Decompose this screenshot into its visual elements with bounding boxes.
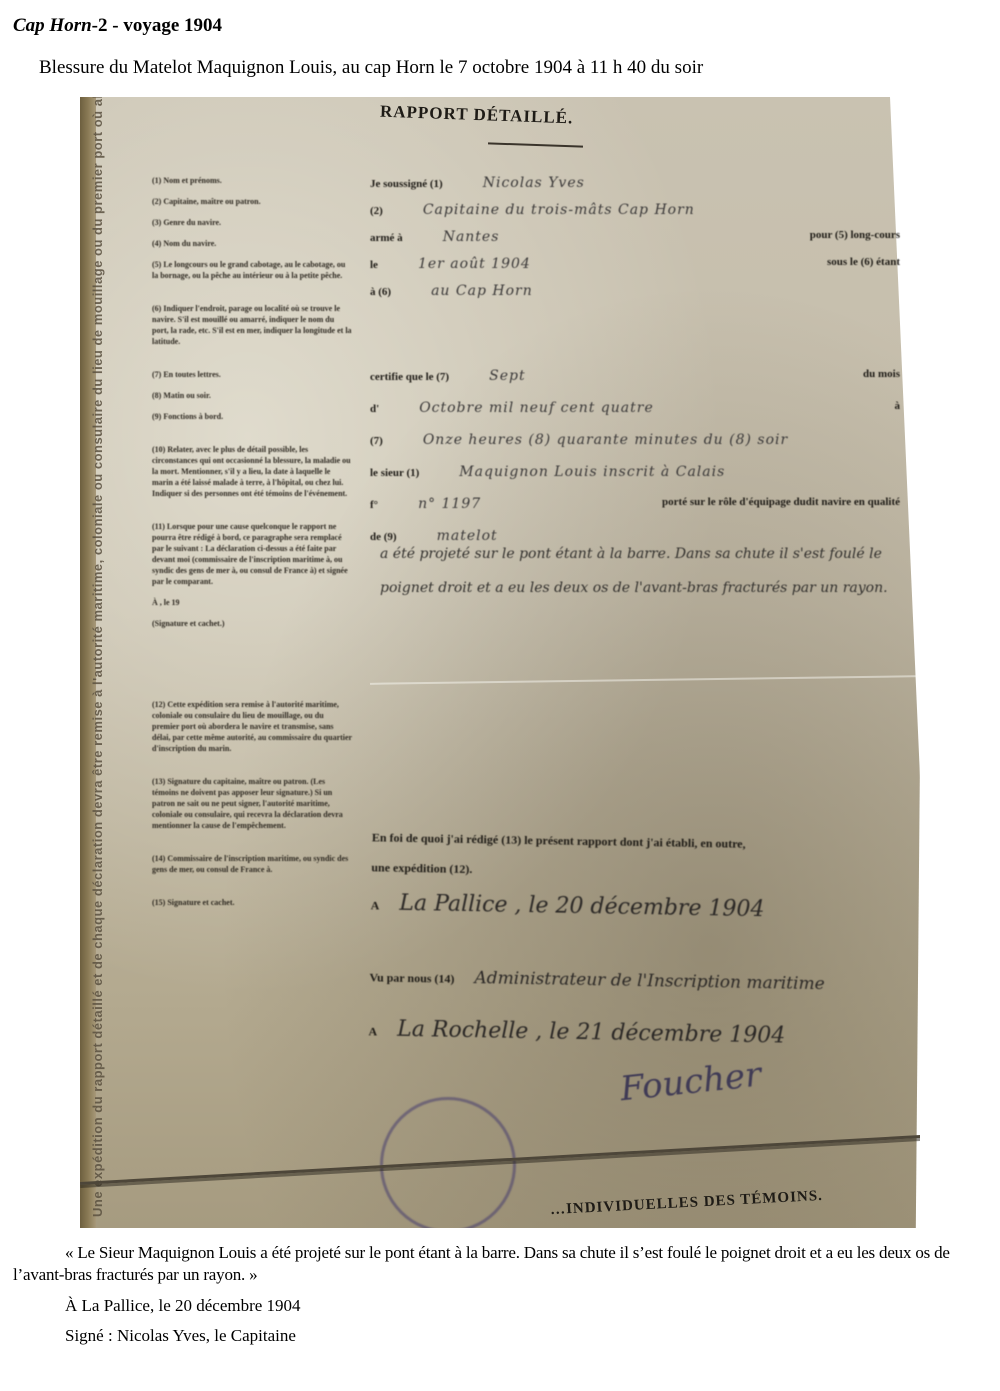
form-line: d'Octobre mil neuf cent quatreà <box>370 400 910 432</box>
footnote: (14) Commissaire de l'inscription mariti… <box>152 853 352 875</box>
handwritten-entry: au Cap Horn <box>431 283 533 299</box>
transcription-place-date: À La Pallice, le 20 décembre 1904 <box>65 1295 301 1317</box>
footnote: (6) Indiquer l'endroit, parage ou locali… <box>152 303 352 347</box>
report-form: Je soussigné (1)Nicolas Yves (2)Capitain… <box>370 175 910 555</box>
footnote: (5) Le longcours ou le grand cabotage, a… <box>152 259 352 281</box>
handwritten-entry: Capitaine du trois-mâts Cap Horn <box>423 202 695 218</box>
place-date-line: ALa Pallice , le 20 décembre 1904 <box>370 890 911 975</box>
footnote: (13) Signature du capitaine, maître ou p… <box>152 776 352 831</box>
form-line: f°n° 1197porté sur le rôle d'équipage du… <box>370 496 910 528</box>
form-line: Je soussigné (1)Nicolas Yves <box>370 175 910 202</box>
footnote: (7) En toutes lettres. <box>152 369 352 380</box>
form-line: (7)Onze heures (8) quarante minutes du (… <box>370 432 910 464</box>
footnote: (15) Signature et cachet. <box>152 897 352 908</box>
handwritten-entry: Onze heures (8) quarante minutes du (8) … <box>423 432 788 448</box>
handwritten-entry: Nantes <box>443 229 500 245</box>
handwritten-entry: Nicolas Yves <box>483 175 585 191</box>
footnote: (8) Matin ou soir. <box>152 390 352 401</box>
form-line: le1er août 1904sous le (6) étant <box>370 256 910 283</box>
footnote: (10) Relater, avec le plus de détail pos… <box>152 444 352 499</box>
vertical-margin-note: Une expédition du rapport détaillé et de… <box>90 137 106 1217</box>
form-line: à (6)au Cap Horn <box>370 283 910 310</box>
report-closing: En foi de quoi j'ai rédigé (13) le prése… <box>368 830 912 1065</box>
transcription-signature: Signé : Nicolas Yves, le Capitaine <box>65 1325 296 1347</box>
handwritten-narrative: a été projeté sur le pont étant à la bar… <box>380 537 900 605</box>
form-line: le sieur (1)Maquignon Louis inscrit à Ca… <box>370 464 910 496</box>
form-line: certifie que le (7)Septdu mois <box>370 368 910 400</box>
margin-footnotes: (1) Nom et prénoms. (2) Capitaine, maîtr… <box>152 175 352 930</box>
page-subtitle: Blessure du Matelot Maquignon Louis, au … <box>39 56 703 80</box>
footnote: (2) Capitaine, maître ou patron. <box>152 196 352 207</box>
footnote: (3) Genre du navire. <box>152 217 352 228</box>
form-line: armé àNantespour (5) long-cours <box>370 229 910 256</box>
title-ship-name: Cap Horn <box>13 15 92 36</box>
handwritten-entry: Octobre mil neuf cent quatre <box>419 400 654 416</box>
document-photo: Une expédition du rapport détaillé et de… <box>80 97 920 1228</box>
transcription-quote: « Le Sieur Maquignon Louis a été projeté… <box>13 1242 988 1286</box>
title-voyage: -2 - voyage 1904 <box>92 15 222 36</box>
handwritten-entry: Sept <box>489 368 525 384</box>
footnote: (11) Lorsque pour une cause quelconque l… <box>152 521 352 587</box>
handwritten-entry: Maquignon Louis inscrit à Calais <box>459 464 725 480</box>
handwritten-entry: n° 1197 <box>418 496 481 512</box>
footnote: (9) Fonctions à bord. <box>152 411 352 422</box>
footnote: (4) Nom du navire. <box>152 238 352 249</box>
footnote: À , le 19 <box>152 597 352 608</box>
footnote: (1) Nom et prénoms. <box>152 175 352 186</box>
handwritten-entry: 1er août 1904 <box>418 256 531 272</box>
footnote: (12) Cette expédition sera remise à l'au… <box>152 699 352 754</box>
form-line: (2)Capitaine du trois-mâts Cap Horn <box>370 202 910 229</box>
footnote: (Signature et cachet.) <box>152 618 352 629</box>
page-title: Cap Horn-2 - voyage 1904 <box>13 14 222 38</box>
